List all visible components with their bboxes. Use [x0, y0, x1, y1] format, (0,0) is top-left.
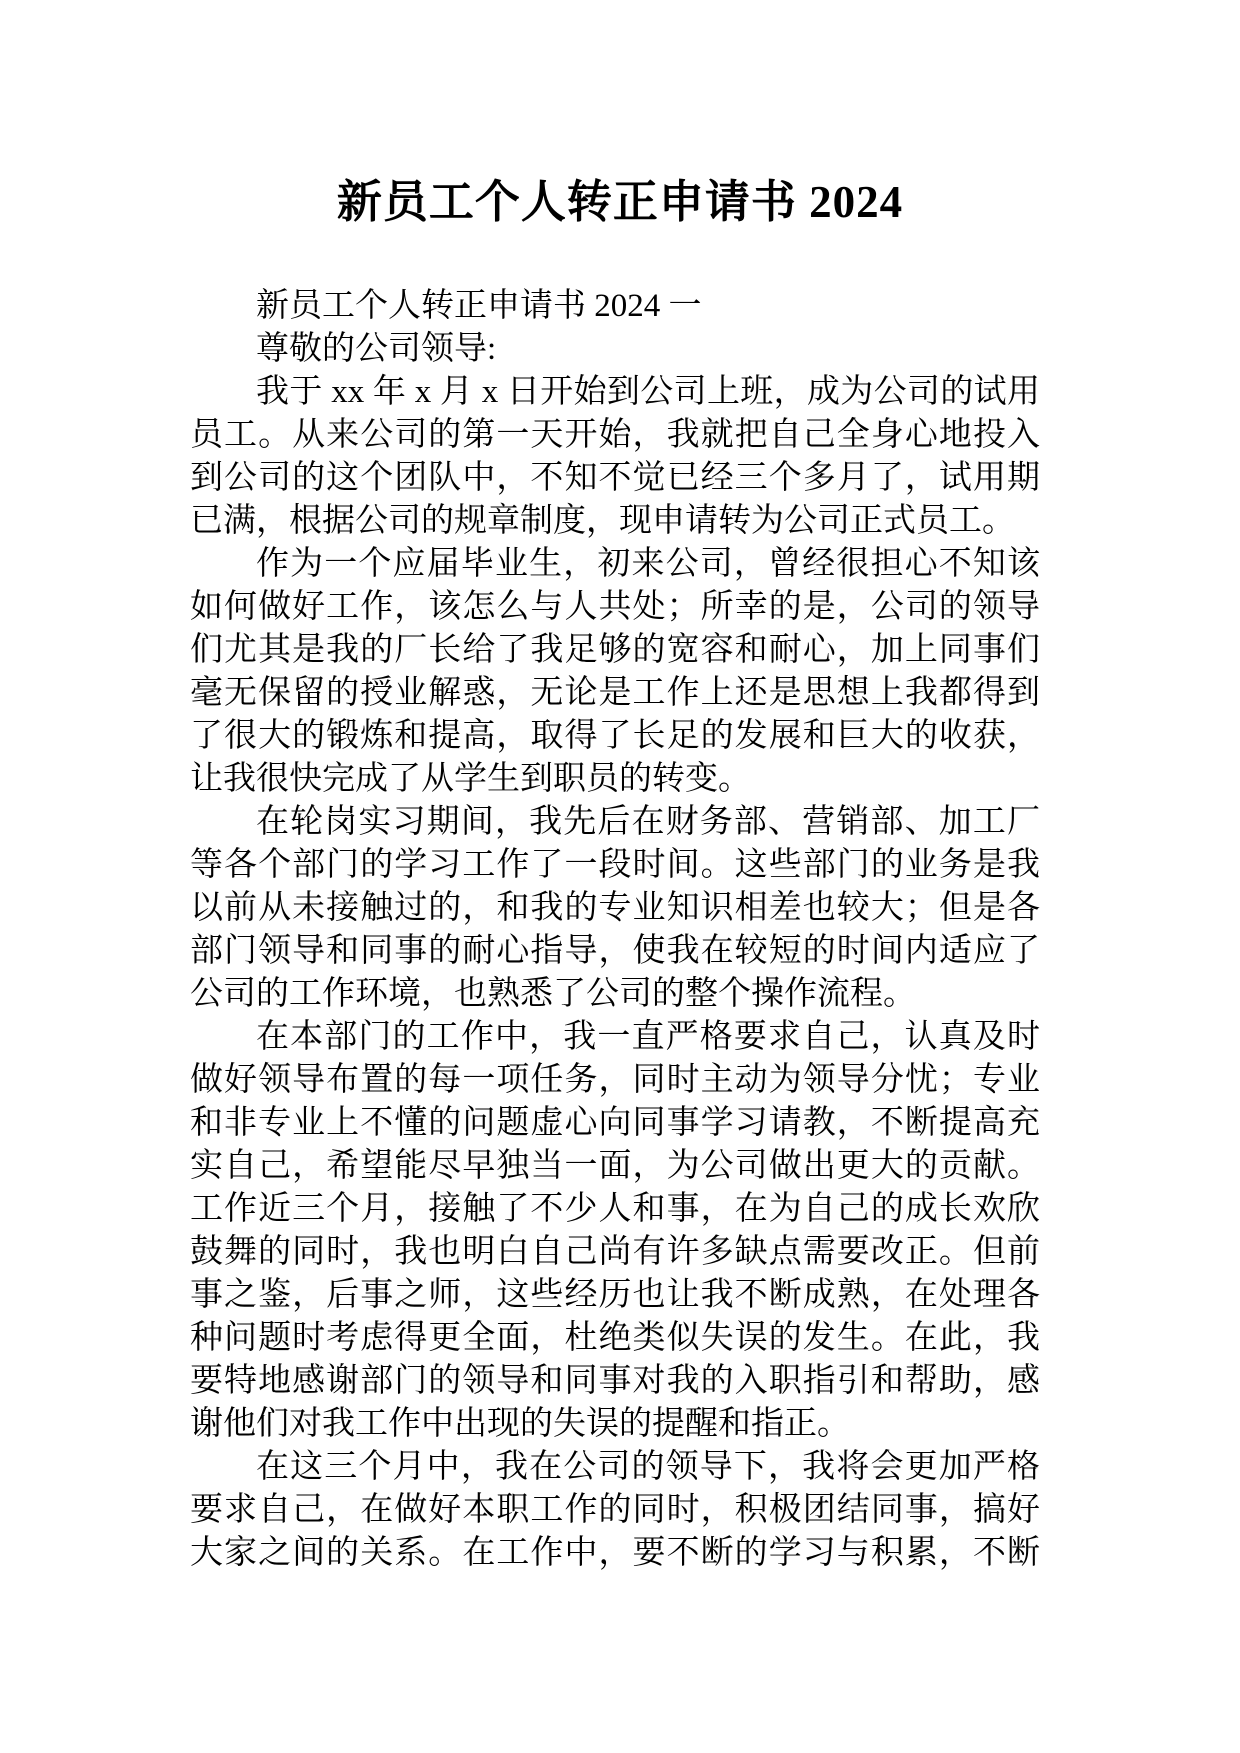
paragraph: 作为一个应届毕业生，初来公司，曾经很担心不知该如何做好工作，该怎么与人共处；所幸…: [190, 543, 1040, 801]
paragraph: 在这三个月中，我在公司的领导下，我将会更加严格要求自己，在做好本职工作的同时，积…: [190, 1446, 1040, 1575]
document-title: 新员工个人转正申请书 2024: [0, 0, 1240, 232]
text-line: 已满，根据公司的规章制度，现申请转为公司正式员工。: [190, 500, 1040, 543]
text-line: 工作近三个月，接触了不少人和事，在为自己的成长欢欣: [190, 1188, 1040, 1231]
text-line: 实自己，希望能尽早独当一面，为公司做出更大的贡献。: [190, 1145, 1040, 1188]
document-body: 新员工个人转正申请书 2024 一尊敬的公司领导:我于 xx 年 x 月 x 日…: [190, 285, 1040, 1575]
text-line: 事之鉴，后事之师，这些经历也让我不断成熟，在处理各: [190, 1274, 1040, 1317]
text-line: 要特地感谢部门的领导和同事对我的入职指引和帮助，感: [190, 1360, 1040, 1403]
document-page: 新员工个人转正申请书 2024 新员工个人转正申请书 2024 一尊敬的公司领导…: [0, 0, 1240, 1753]
text-line: 在这三个月中，我在公司的领导下，我将会更加严格: [190, 1446, 1040, 1489]
paragraph: 在本部门的工作中，我一直严格要求自己，认真及时做好领导布置的每一项任务，同时主动…: [190, 1016, 1040, 1446]
text-line: 毫无保留的授业解惑，无论是工作上还是思想上我都得到: [190, 672, 1040, 715]
text-line: 部门领导和同事的耐心指导，使我在较短的时间内适应了: [190, 930, 1040, 973]
text-line: 新员工个人转正申请书 2024 一: [190, 285, 1040, 328]
text-line: 在本部门的工作中，我一直严格要求自己，认真及时: [190, 1016, 1040, 1059]
paragraph: 新员工个人转正申请书 2024 一: [190, 285, 1040, 328]
text-line: 谢他们对我工作中出现的失误的提醒和指正。: [190, 1403, 1040, 1446]
text-line: 让我很快完成了从学生到职员的转变。: [190, 758, 1040, 801]
text-line: 了很大的锻炼和提高，取得了长足的发展和巨大的收获，: [190, 715, 1040, 758]
text-line: 要求自己，在做好本职工作的同时，积极团结同事，搞好: [190, 1489, 1040, 1532]
text-line: 员工。从来公司的第一天开始，我就把自己全身心地投入: [190, 414, 1040, 457]
text-line: 种问题时考虑得更全面，杜绝类似失误的发生。在此，我: [190, 1317, 1040, 1360]
text-line: 我于 xx 年 x 月 x 日开始到公司上班，成为公司的试用: [190, 371, 1040, 414]
paragraph: 在轮岗实习期间，我先后在财务部、营销部、加工厂等各个部门的学习工作了一段时间。这…: [190, 801, 1040, 1016]
text-line: 鼓舞的同时，我也明白自己尚有许多缺点需要改正。但前: [190, 1231, 1040, 1274]
text-line: 尊敬的公司领导:: [190, 328, 1040, 371]
text-line: 到公司的这个团队中，不知不觉已经三个多月了，试用期: [190, 457, 1040, 500]
text-line: 们尤其是我的厂长给了我足够的宽容和耐心，加上同事们: [190, 629, 1040, 672]
text-line: 大家之间的关系。在工作中，要不断的学习与积累，不断: [190, 1532, 1040, 1575]
text-line: 作为一个应届毕业生，初来公司，曾经很担心不知该: [190, 543, 1040, 586]
text-line: 在轮岗实习期间，我先后在财务部、营销部、加工厂: [190, 801, 1040, 844]
text-line: 做好领导布置的每一项任务，同时主动为领导分忧；专业: [190, 1059, 1040, 1102]
text-line: 等各个部门的学习工作了一段时间。这些部门的业务是我: [190, 844, 1040, 887]
text-line: 公司的工作环境，也熟悉了公司的整个操作流程。: [190, 973, 1040, 1016]
paragraph: 尊敬的公司领导:: [190, 328, 1040, 371]
paragraph: 我于 xx 年 x 月 x 日开始到公司上班，成为公司的试用员工。从来公司的第一…: [190, 371, 1040, 543]
text-line: 和非专业上不懂的问题虚心向同事学习请教，不断提高充: [190, 1102, 1040, 1145]
text-line: 如何做好工作，该怎么与人共处；所幸的是，公司的领导: [190, 586, 1040, 629]
text-line: 以前从未接触过的，和我的专业知识相差也较大；但是各: [190, 887, 1040, 930]
